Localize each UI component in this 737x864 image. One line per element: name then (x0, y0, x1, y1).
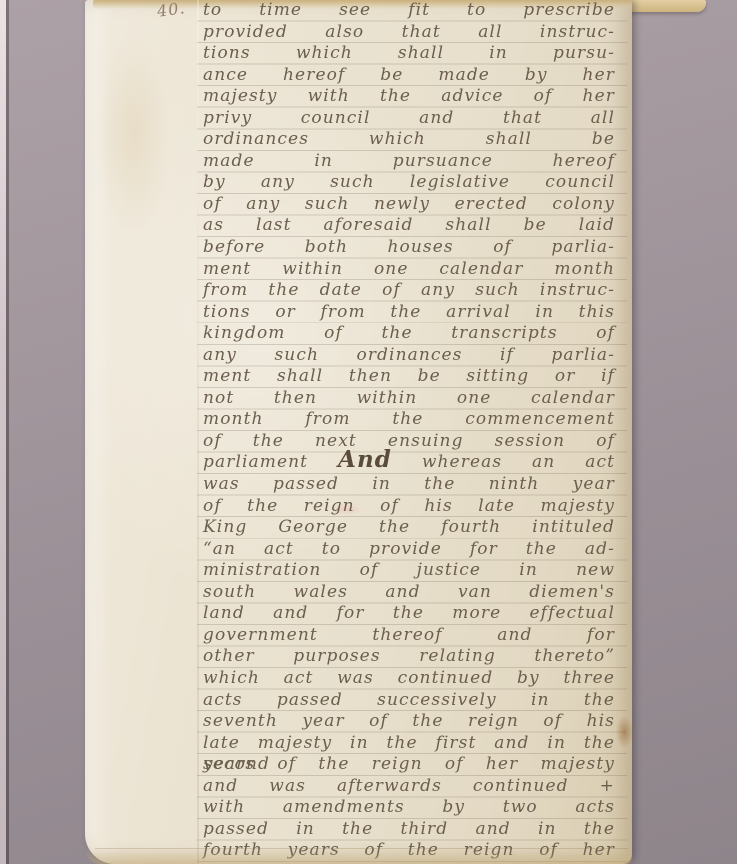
manuscript-line: tions or from the arrival in this (203, 302, 615, 324)
manuscript-line: and was afterwards continued + (203, 776, 615, 798)
manuscript-line: provided also that all instruc- (203, 22, 615, 44)
manuscript-line: ministration of justice in new (203, 560, 615, 582)
manuscript-line: kingdom of the transcripts of (203, 323, 615, 345)
manuscript-text-block: to time see fit to prescribeprovided als… (203, 0, 615, 862)
parchment-stain (99, 40, 169, 230)
manuscript-line: government thereof and for (203, 625, 615, 647)
emphasized-word: And (338, 446, 392, 473)
manuscript-line: tions which shall in pursu- (203, 43, 615, 65)
manuscript-line: other purposes relating thereto” (203, 646, 615, 668)
manuscript-line: of any such newly erected colony (203, 194, 615, 216)
manuscript-line: ment shall then be sitting or if (203, 366, 615, 388)
manuscript-line: made in pursuance hereof (203, 151, 615, 173)
manuscript-line: of the next ensuing session of (203, 431, 615, 453)
manuscript-line: south wales and van diemen's (203, 582, 615, 604)
manuscript-line: acts passed successively in the (203, 690, 615, 712)
manuscript-line: ment within one calendar month (203, 259, 615, 281)
manuscript-line: was passed in the ninth year (203, 474, 615, 496)
manuscript-line: ordinances which shall be (203, 129, 615, 151)
manuscript-line: month from the commencement (203, 409, 615, 431)
manuscript-line: late majesty in the first and in the sec… (203, 733, 615, 755)
photo-background: 40. to time see fit to prescribeprovided… (0, 0, 737, 864)
foxing-stain (616, 716, 633, 748)
manuscript-line: with amendments by two acts (203, 797, 615, 819)
section-number: 40. (156, 0, 187, 21)
manuscript-line: passed in the third and in the (203, 819, 615, 841)
manuscript-line: land and for the more effectual (203, 603, 615, 625)
manuscript-line: not then within one calendar (203, 388, 615, 410)
manuscript-line: privy council and that all (203, 108, 615, 130)
manuscript-line: majesty with the advice of her (203, 86, 615, 108)
manuscript-line: to time see fit to prescribe (203, 0, 615, 22)
mat-left-edge-line (6, 0, 9, 864)
manuscript-line: “an act to provide for the ad- (203, 539, 615, 561)
manuscript-line: as last aforesaid shall be laid (203, 215, 615, 237)
manuscript-line: parliament And whereas an act (203, 452, 615, 474)
manuscript-line: King George the fourth intituled (203, 517, 615, 539)
manuscript-line: ance hereof be made by her (203, 65, 615, 87)
manuscript-line: of the reign of his late majesty (203, 496, 615, 518)
manuscript-line: which act was continued by three (203, 668, 615, 690)
manuscript-line: by any such legislative council (203, 172, 615, 194)
page-behind-corner-tab (628, 0, 706, 12)
manuscript-line: years of the reign of her majesty (203, 754, 615, 776)
manuscript-page: 40. to time see fit to prescribeprovided… (85, 0, 632, 864)
manuscript-line: seventh year of the reign of his (203, 711, 615, 733)
manuscript-line: from the date of any such instruc- (203, 280, 615, 302)
manuscript-line: before both houses of parlia- (203, 237, 615, 259)
page-bottom-fold (85, 848, 632, 864)
manuscript-line: any such ordinances if parlia- (203, 345, 615, 367)
